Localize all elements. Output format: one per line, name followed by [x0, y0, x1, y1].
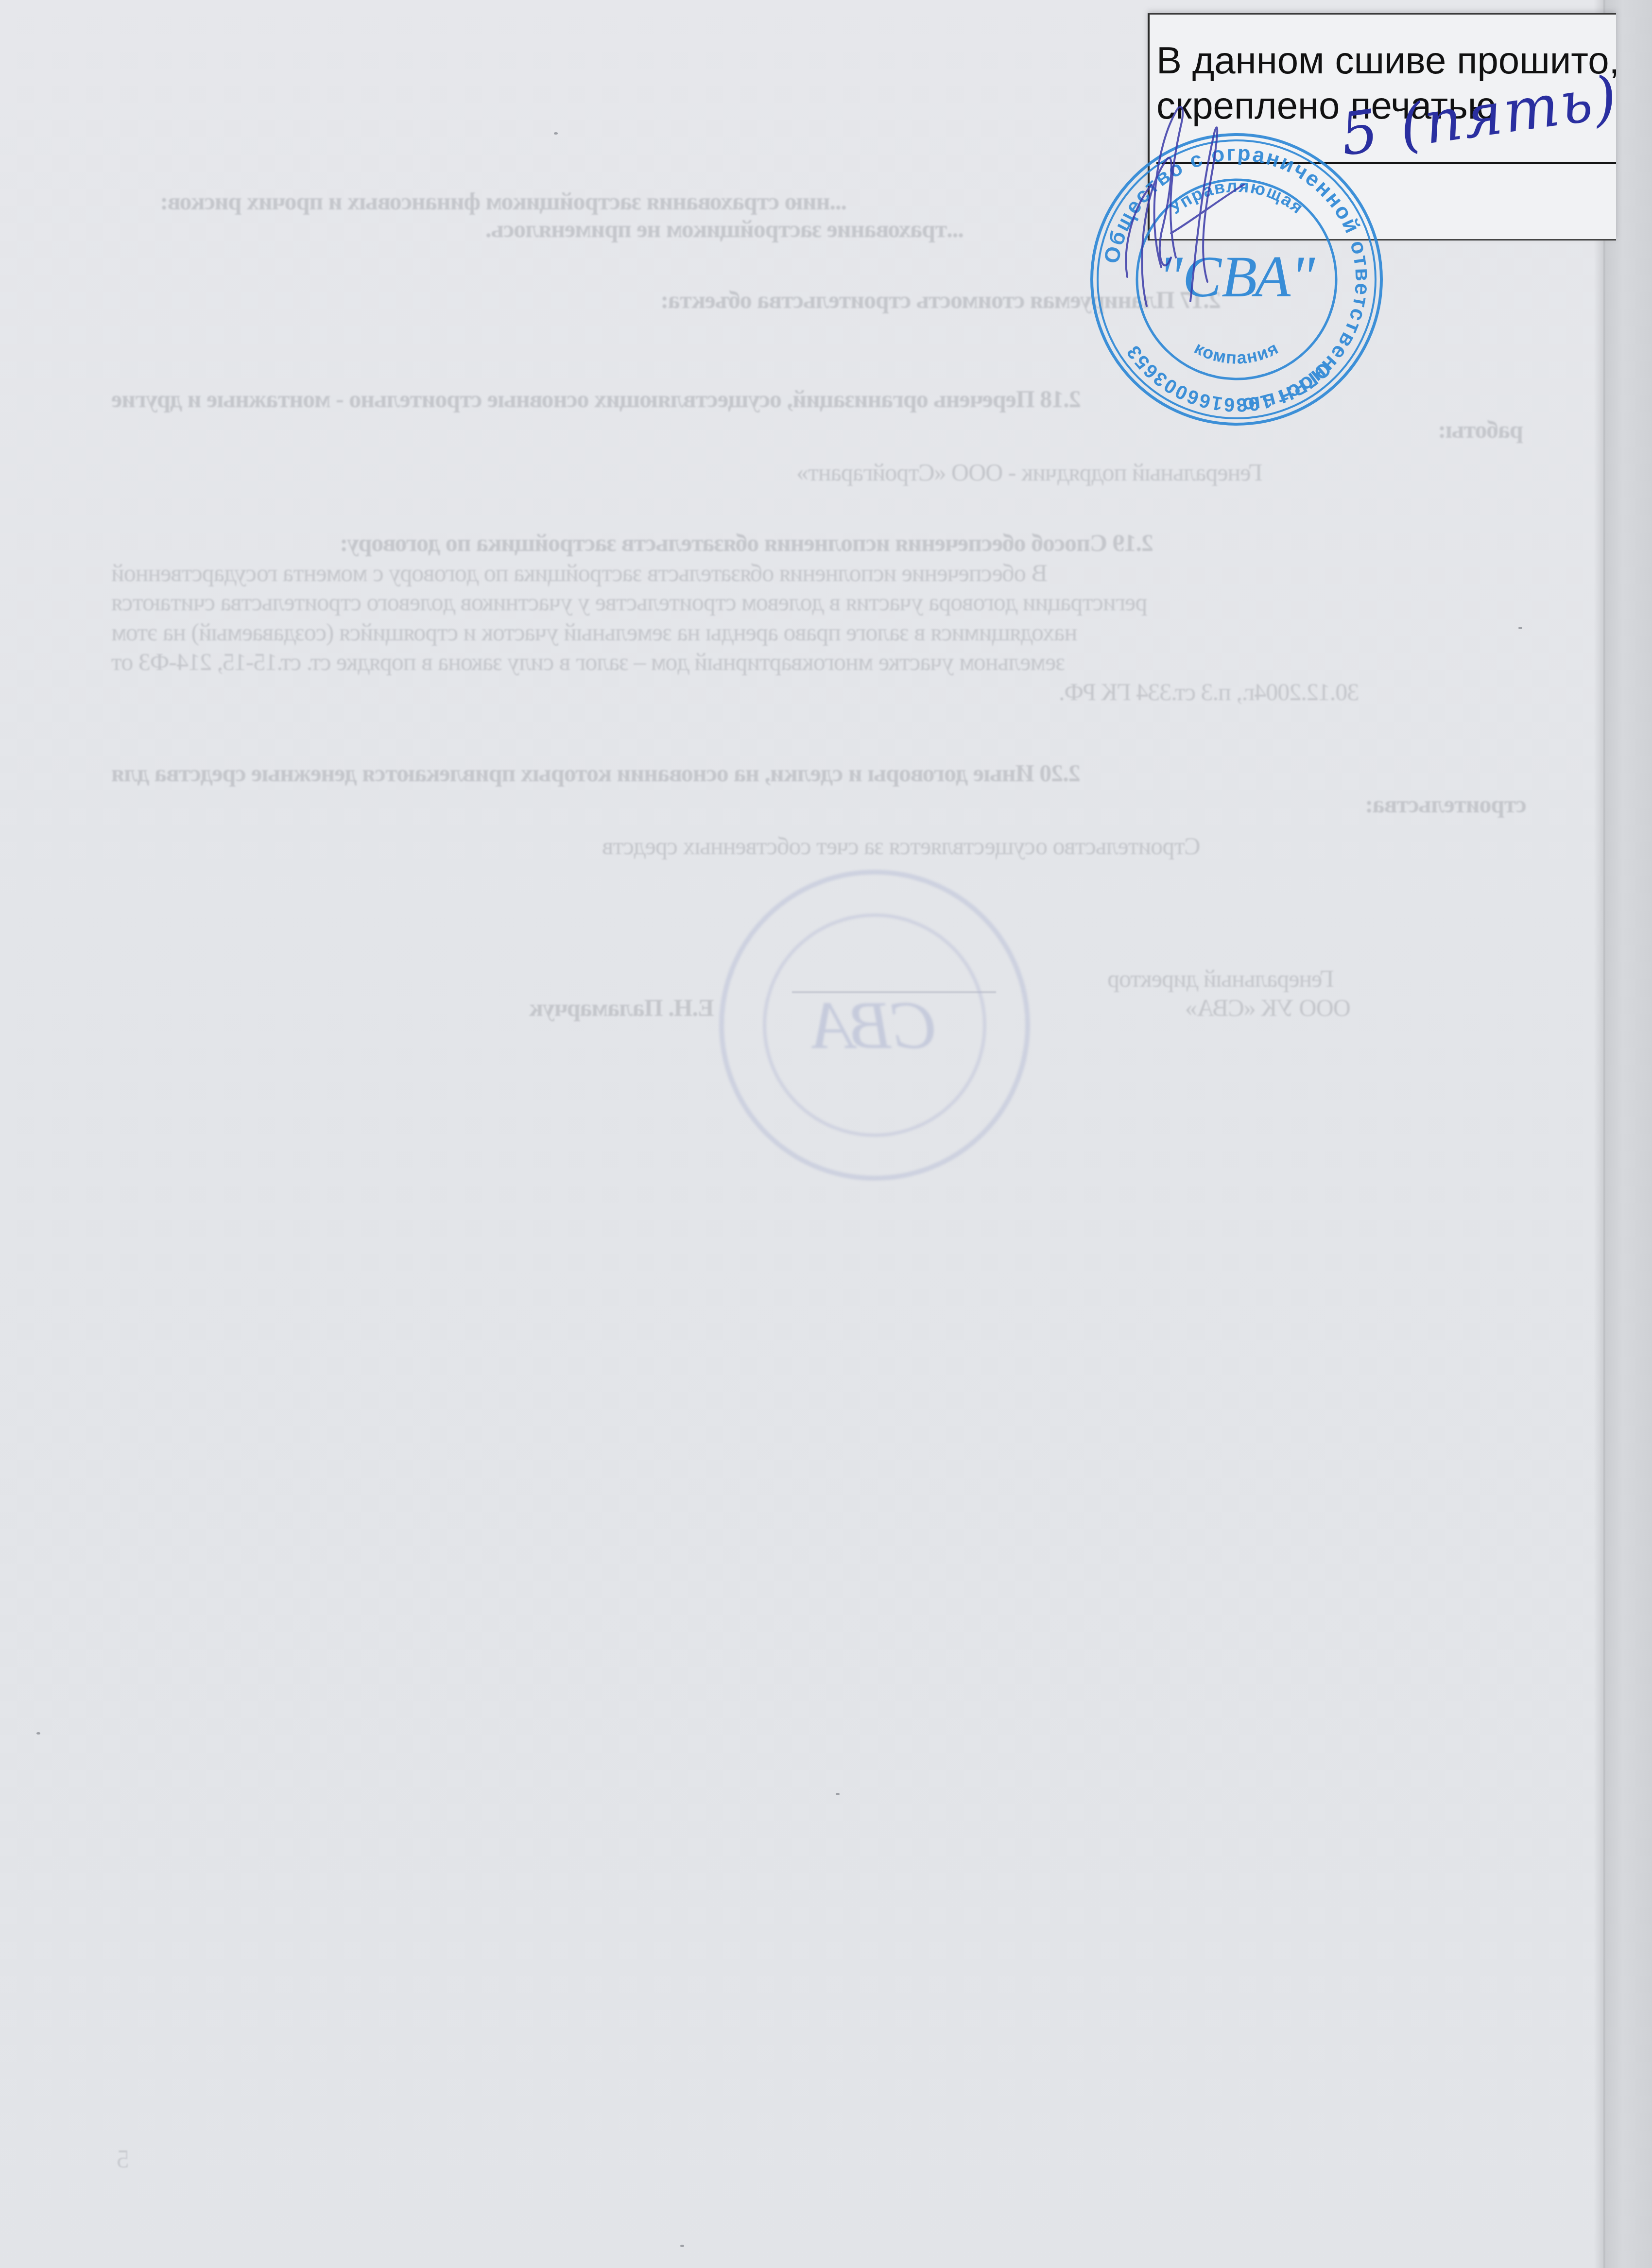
ghost-line: регистрации договора участия в долевом с…: [112, 588, 1147, 616]
dust-speck: [680, 2245, 684, 2247]
dust-speck: [1518, 627, 1522, 629]
dust-speck: [836, 1793, 840, 1795]
ghost-line: ...нию страхования застройщиком финансов…: [160, 187, 847, 215]
ghost-line: ...трахование застройщиком не применялос…: [486, 215, 964, 243]
ghost-line: Строительство осуществляется за счет соб…: [602, 832, 1200, 860]
ghost-line: Е.Н. Паламарчук: [530, 994, 714, 1022]
ghost-stamp: СВА: [719, 870, 1030, 1181]
ghost-line: В обеспечение исполнения обязательств за…: [112, 559, 1048, 587]
handwritten-signature: [1118, 73, 1312, 316]
page-fold-shadow: [1594, 0, 1605, 2268]
ghost-line: строительства:: [1365, 790, 1527, 818]
ghost-line: земельном участке многоквартирный дом – …: [112, 648, 1065, 676]
ghost-line: находящимися в залоге право аренды на зе…: [112, 618, 1077, 646]
dust-speck: [554, 132, 558, 135]
ghost-line: Генеральный директор: [1108, 964, 1334, 993]
ghost-line: 2.20 Иные договоры и сделки, на основани…: [112, 759, 1081, 787]
ghost-line: работы:: [1438, 415, 1523, 444]
ghost-line: 2.18 Перечень организаций, осуществляющи…: [112, 385, 1081, 413]
dust-speck: [36, 1732, 40, 1735]
ghost-line: 2.19 Способ обеспечения исполнения обяза…: [340, 529, 1153, 557]
svg-text:компания: компания: [1191, 338, 1282, 368]
ghost-line: ООО УК «СВА»: [1186, 994, 1351, 1022]
stamp-inner-bottom: компания: [1191, 338, 1282, 368]
scanner-edge: [1603, 0, 1652, 2268]
page-number: 5: [117, 2145, 129, 2174]
ghost-line: 30.12.2004г., п.3 ст.334 ГК РФ.: [1059, 678, 1359, 706]
ghost-stamp-text: СВА: [724, 986, 1025, 1065]
ghost-line: Генеральный подрядчик - ООО «Стройгарант…: [797, 458, 1263, 486]
